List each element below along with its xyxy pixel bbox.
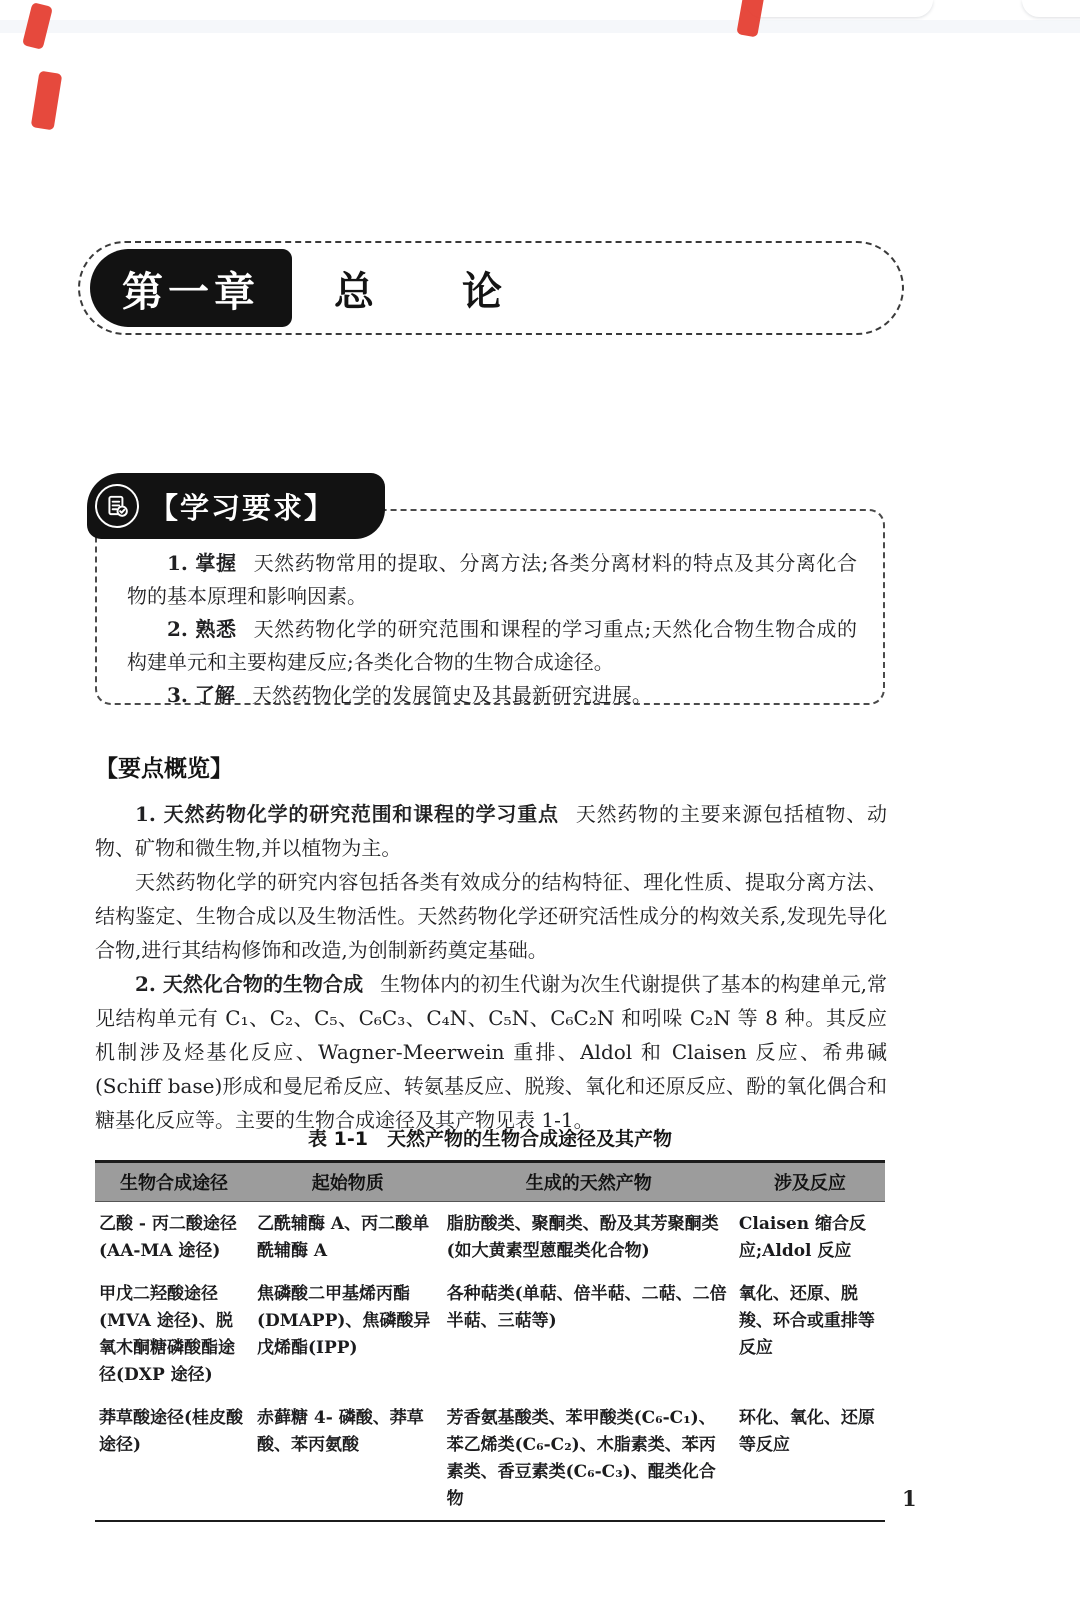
table-cell: 芳香氨基酸类、苯甲酸类(C₆-C₁)、苯乙烯类(C₆-C₂)、木脂素类、苯丙素类… — [443, 1396, 735, 1521]
column-header: 生成的天然产物 — [443, 1162, 735, 1202]
browser-tab-shape[interactable] — [1022, 0, 1080, 17]
biosynthesis-table: 生物合成途径 起始物质 生成的天然产物 涉及反应 乙酸 - 丙二酸途径(AA-M… — [95, 1160, 885, 1522]
learning-item-text: 天然药物化学的发展简史及其最新研究进展。 — [252, 683, 652, 707]
paragraph-lead: 1. 天然药物化学的研究范围和课程的学习重点 — [135, 802, 559, 826]
learning-item-lead: 1. 掌握 — [167, 551, 237, 575]
column-header: 生物合成途径 — [95, 1162, 253, 1202]
scanned-textbook-page: 第一章 总 论 【学习要求】 1. 掌握天然药物常用的提取、分离方法;各类分离材… — [0, 0, 1080, 1615]
chapter-number-box: 第一章 — [90, 249, 292, 327]
table-row: 莽草酸途径(桂皮酸途径) 赤藓糖 4- 磷酸、莽草酸、苯丙氨酸 芳香氨基酸类、苯… — [95, 1396, 885, 1521]
learning-item: 1. 掌握天然药物常用的提取、分离方法;各类分离材料的特点及其分离化合物的基本原… — [127, 547, 857, 613]
table-cell: 乙酸 - 丙二酸途径(AA-MA 途径) — [95, 1202, 253, 1273]
table-cell: 莽草酸途径(桂皮酸途径) — [95, 1396, 253, 1521]
table-cell: 脂肪酸类、聚酮类、酚及其芳聚酮类(如大黄素型蒽醌类化合物) — [443, 1202, 735, 1273]
chapter-number-label: 第一章 — [122, 259, 260, 318]
table-cell: 赤藓糖 4- 磷酸、莽草酸、苯丙氨酸 — [253, 1396, 443, 1521]
table-row: 乙酸 - 丙二酸途径(AA-MA 途径) 乙酰辅酶 A、丙二酸单酰辅酶 A 脂肪… — [95, 1202, 885, 1273]
biosynthesis-table-block: 表 1-1 天然产物的生物合成途径及其产物 生物合成途径 起始物质 生成的天然产… — [95, 1124, 885, 1522]
learning-item: 2. 熟悉天然药物化学的研究范围和课程的学习重点;天然化合物生物合成的构建单元和… — [127, 613, 857, 679]
table-cell: 各种萜类(单萜、倍半萜、二萜、二倍半萜、三萜等) — [443, 1272, 735, 1396]
overview-paragraph: 2. 天然化合物的生物合成生物体内的初生代谢为次生代谢提供了基本的构建单元,常见… — [95, 967, 887, 1137]
table-cell: 乙酰辅酶 A、丙二酸单酰辅酶 A — [253, 1202, 443, 1273]
top-chrome-band — [0, 20, 1080, 33]
learning-item-lead: 2. 熟悉 — [167, 617, 237, 641]
paragraph-text: 天然药物化学的研究内容包括各类有效成分的结构特征、理化性质、提取分离方法、结构鉴… — [95, 870, 887, 962]
table-cell: 焦磷酸二甲基烯丙酯(DMAPP)、焦磷酸异戊烯酯(IPP) — [253, 1272, 443, 1396]
table-row: 甲戊二羟酸途径(MVA 途径)、脱氧木酮糖磷酸酯途径(DXP 途径) 焦磷酸二甲… — [95, 1272, 885, 1396]
clipboard-check-icon — [95, 484, 139, 528]
column-header: 涉及反应 — [735, 1162, 885, 1202]
learning-requirements-title: 【学习要求】 — [149, 486, 335, 527]
paragraph-lead: 2. 天然化合物的生物合成 — [135, 972, 363, 996]
overview-paragraph: 1. 天然药物化学的研究范围和课程的学习重点天然药物的主要来源包括植物、动物、矿… — [95, 797, 887, 865]
learning-requirements-tab: 【学习要求】 — [87, 473, 385, 539]
browser-tab-shape[interactable] — [745, 0, 933, 17]
table-cell: 甲戊二羟酸途径(MVA 途径)、脱氧木酮糖磷酸酯途径(DXP 途径) — [95, 1272, 253, 1396]
table-cell: 环化、氧化、还原等反应 — [735, 1396, 885, 1521]
learning-item: 3. 了解天然药物化学的发展简史及其最新研究进展。 — [127, 679, 857, 712]
paragraph-text: 生物体内的初生代谢为次生代谢提供了基本的构建单元,常见结构单元有 C₁、C₂、C… — [95, 972, 887, 1132]
overview-paragraph: 天然药物化学的研究内容包括各类有效成分的结构特征、理化性质、提取分离方法、结构鉴… — [95, 865, 887, 967]
table-cell: 氧化、还原、脱羧、环合或重排等反应 — [735, 1272, 885, 1396]
red-marker-stroke — [31, 71, 63, 131]
table-header-row: 生物合成途径 起始物质 生成的天然产物 涉及反应 — [95, 1162, 885, 1202]
section-heading: 【要点概览】 — [95, 750, 887, 783]
page-title: 总 论 — [334, 260, 526, 317]
key-points-section: 【要点概览】 1. 天然药物化学的研究范围和课程的学习重点天然药物的主要来源包括… — [95, 750, 887, 1137]
learning-requirements-box: 【学习要求】 1. 掌握天然药物常用的提取、分离方法;各类分离材料的特点及其分离… — [95, 509, 885, 705]
learning-item-lead: 3. 了解 — [167, 683, 235, 707]
page-number: 1 — [902, 1486, 917, 1511]
column-header: 起始物质 — [253, 1162, 443, 1202]
table-cell: Claisen 缩合反应;Aldol 反应 — [735, 1202, 885, 1273]
chapter-banner: 第一章 总 论 — [78, 241, 904, 335]
table-caption: 表 1-1 天然产物的生物合成途径及其产物 — [95, 1124, 885, 1151]
